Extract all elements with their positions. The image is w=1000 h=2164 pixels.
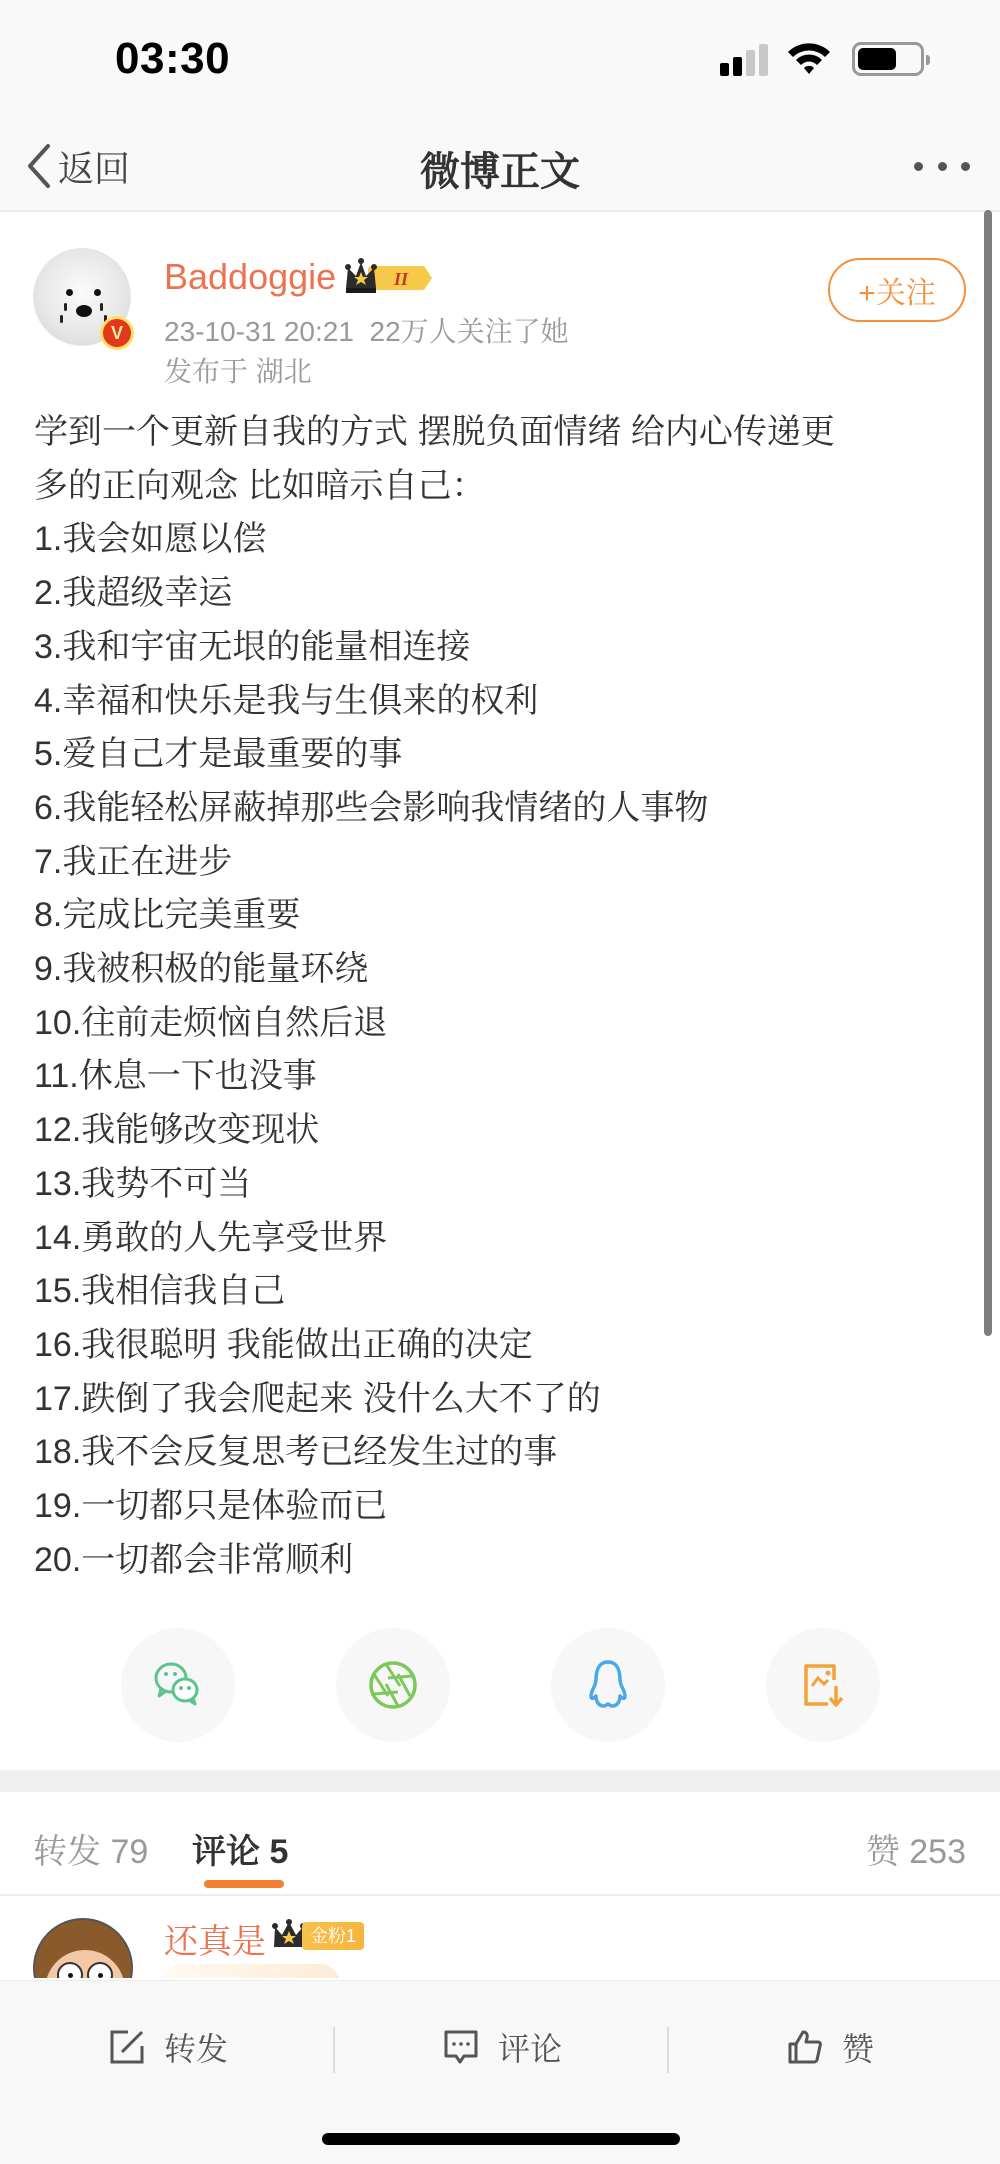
post-list-item: 4.幸福和快乐是我与生俱来的权利	[34, 675, 964, 729]
comment-item: 还真是 金粉1	[0, 1898, 1000, 1978]
save-image-icon	[794, 1656, 852, 1714]
tab-comments[interactable]: 评论 5	[192, 1824, 288, 1873]
follower-count: 22万人关注了她	[370, 316, 569, 347]
post-list-item: 12.我能够改变现状	[34, 1104, 964, 1158]
more-button[interactable]	[914, 154, 970, 178]
nav-bar: 返回 微博正文	[0, 120, 1000, 212]
separator	[333, 2027, 335, 2073]
post-list-item: 13.我势不可当	[34, 1158, 964, 1212]
qq-penguin-icon	[579, 1656, 637, 1714]
interaction-tabs: 转发 79 评论 5 赞 253	[0, 1792, 1000, 1896]
comment-username[interactable]: 还真是	[164, 1914, 266, 1963]
author-name[interactable]: Baddoggie	[164, 256, 336, 298]
post-list-item: 9.我被积极的能量环绕	[34, 943, 964, 997]
post-list-item: 1.我会如愿以偿	[34, 513, 964, 567]
share-moments-button[interactable]	[336, 1628, 450, 1742]
status-time: 03:30	[115, 34, 230, 84]
post-list-item: 3.我和宇宙无垠的能量相连接	[34, 621, 964, 675]
post-list-item: 5.爱自己才是最重要的事	[34, 728, 964, 782]
home-indicator[interactable]	[322, 2133, 680, 2145]
save-image-button[interactable]	[766, 1628, 880, 1742]
verified-badge-icon: V	[100, 316, 134, 350]
share-row	[0, 1628, 1000, 1742]
fan-badge: 金粉1	[272, 1916, 364, 1956]
tab-likes[interactable]: 赞 253	[866, 1824, 966, 1873]
post-meta: 23-10-31 20:21 22万人关注了她	[164, 310, 569, 350]
post-list-item: 11.休息一下也没事	[34, 1050, 964, 1104]
post-body: 学到一个更新自我的方式 摆脱负面情绪 给内心传递更 多的正向观念 比如暗示自己：…	[34, 406, 964, 1587]
share-wechat-button[interactable]	[121, 1628, 235, 1742]
post-list-item: 18.我不会反复思考已经发生过的事	[34, 1426, 964, 1480]
wechat-icon	[149, 1656, 207, 1714]
like-label: 赞	[842, 2024, 874, 2070]
moments-aperture-icon	[364, 1656, 422, 1714]
post-list-item: 19.一切都只是体验而已	[34, 1480, 964, 1534]
repost-icon	[108, 2028, 146, 2066]
post-list-item: 14.勇敢的人先享受世界	[34, 1212, 964, 1266]
post-location: 发布于 湖北	[164, 350, 312, 390]
share-qq-button[interactable]	[551, 1628, 665, 1742]
author-header: V Baddoggie II 23-10-31 20:21 22万人关注了她 发…	[0, 212, 1000, 392]
follow-button[interactable]: +关注	[828, 258, 966, 322]
battery-icon	[852, 42, 924, 76]
like-button[interactable]: 赞	[786, 2017, 874, 2077]
comment-icon	[442, 2028, 480, 2066]
page-title: 微博正文	[0, 140, 1000, 197]
signal-icon	[720, 42, 770, 76]
post-list-item: 20.一切都会非常顺利	[34, 1534, 964, 1588]
comment-label: 评论	[498, 2024, 562, 2070]
post-list-item: 2.我超级幸运	[34, 567, 964, 621]
wifi-icon	[786, 40, 832, 76]
svg-text:II: II	[393, 269, 409, 289]
separator	[667, 2027, 669, 2073]
post-list-item: 10.往前走烦恼自然后退	[34, 997, 964, 1051]
crown-level-badge-icon: II	[344, 258, 434, 296]
fan-level-label: 金粉1	[302, 1922, 364, 1950]
comment-avatar[interactable]	[33, 1918, 133, 1978]
post-list-item: 15.我相信我自己	[34, 1265, 964, 1319]
post-timestamp: 23-10-31 20:21	[164, 316, 354, 347]
post-list-item: 8.完成比完美重要	[34, 889, 964, 943]
tab-reposts[interactable]: 转发 79	[33, 1824, 148, 1873]
repost-label: 转发	[164, 2024, 228, 2070]
section-divider	[0, 1770, 1000, 1792]
status-bar: 03:30	[0, 0, 1000, 120]
post-list-item: 17.跌倒了我会爬起来 没什么大不了的	[34, 1373, 964, 1427]
crown-icon	[272, 1919, 306, 1953]
post-list-item: 7.我正在进步	[34, 836, 964, 890]
post-list-item: 16.我很聪明 我能做出正确的决定	[34, 1319, 964, 1373]
comment-decoration	[160, 1964, 340, 1978]
more-dots-icon	[914, 162, 923, 171]
comment-button[interactable]: 评论	[442, 2017, 562, 2077]
thumbs-up-icon	[786, 2028, 824, 2066]
post-intro-line: 学到一个更新自我的方式 摆脱负面情绪 给内心传递更	[34, 406, 964, 460]
post-list-item: 6.我能轻松屏蔽掉那些会影响我情绪的人事物	[34, 782, 964, 836]
active-tab-indicator	[204, 1880, 284, 1888]
post-intro-line: 多的正向观念 比如暗示自己：	[34, 460, 964, 514]
repost-button[interactable]: 转发	[108, 2017, 228, 2077]
